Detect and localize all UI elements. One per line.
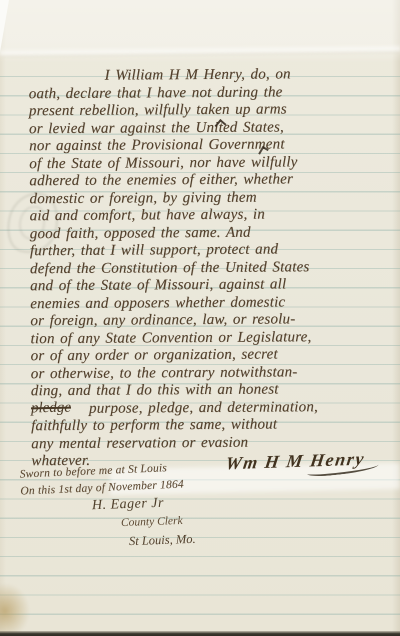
document-page: I William H M Henry, do, onoath, declare… [0,0,400,636]
fold-crease-top [0,44,400,58]
attestation-block: Sworn to before me at St Louis On this 1… [19,459,184,500]
page-corner-background [0,0,9,52]
struck-out-word: pledge [31,400,71,418]
signatory-signature: Wm H M Henry [224,449,366,475]
paper-bottom-edge [0,631,400,636]
paper-stain [0,583,30,636]
oath-body-text: I William H M Henry, do, onoath, declare… [29,66,376,471]
clerk-signature: H. Eager Jr [92,496,165,515]
clerk-place: St Louis, Mo. [129,532,196,549]
clerk-title: County Clerk [121,515,183,529]
